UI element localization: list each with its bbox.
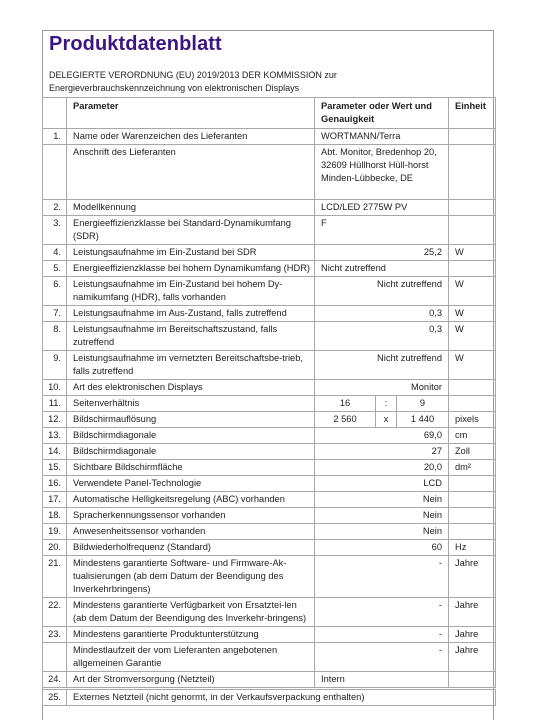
subtitle-line-1: DELEGIERTE VERORDNUNG (EU) 2019/2013 DER…	[49, 69, 489, 82]
row-unit	[449, 261, 496, 277]
row-parameter: Art des elektronischen Displays	[67, 380, 315, 396]
row-parameter: Anschrift des Lieferanten	[67, 145, 315, 200]
row-unit	[449, 524, 496, 540]
row-unit	[449, 508, 496, 524]
row-value-b: 1 440	[397, 412, 449, 428]
table-row: 4. Leistungsaufnahme im Ein-Zustand bei …	[43, 245, 496, 261]
row-value-a: 2 560	[315, 412, 376, 428]
row-unit: Jahre	[449, 556, 496, 598]
table-row: 8. Leistungsaufnahme im Bereitschaftszus…	[43, 322, 496, 351]
row-value: Nein	[315, 524, 449, 540]
row-unit	[449, 129, 496, 145]
table-row: Anschrift des Lieferanten Abt. Monitor, …	[43, 145, 496, 200]
table-row: 6. Leistungsaufnahme im Ein-Zustand bei …	[43, 277, 496, 306]
row-value: 20,0	[315, 460, 449, 476]
row-value: 0,3	[315, 306, 449, 322]
row-value: -	[315, 598, 449, 627]
row-parameter: Energieeffizienzklasse bei hohem Dynamik…	[67, 261, 315, 277]
table-row: 16. Verwendete Panel-Technologie LCD	[43, 476, 496, 492]
table-row: 14. Bildschirmdiagonale 27 Zoll	[43, 444, 496, 460]
row-value: Nicht zutreffend	[315, 351, 449, 380]
row-value: 0,3	[315, 322, 449, 351]
table-row: 15. Sichtbare Bildschirmfläche 20,0 dm²	[43, 460, 496, 476]
table-row: 5. Energieeffizienzklasse bei hohem Dyna…	[43, 261, 496, 277]
row-number: 12.	[43, 412, 67, 428]
row-unit	[449, 492, 496, 508]
row-value: LCD	[315, 476, 449, 492]
table-row: Mindestlaufzeit der vom Lieferanten ange…	[43, 643, 496, 672]
row-parameter: Bildwiederholfrequenz (Standard)	[67, 540, 315, 556]
row-number: 10.	[43, 380, 67, 396]
row-number: 6.	[43, 277, 67, 306]
row-value: -	[315, 643, 449, 672]
row-value: F	[315, 216, 449, 245]
row-unit: W	[449, 245, 496, 261]
row-value-a: 16	[315, 396, 376, 412]
table-row: 9. Leistungsaufnahme im vernetzten Berei…	[43, 351, 496, 380]
table-row: 22. Mindestens garantierte Verfügbarkeit…	[43, 598, 496, 627]
row-value: Intern	[315, 672, 449, 689]
row-value: -	[315, 627, 449, 643]
row-number: 24.	[43, 672, 67, 689]
row-parameter: Leistungsaufnahme im Bereitschaftszustan…	[67, 322, 315, 351]
row-number: 18.	[43, 508, 67, 524]
row-number: 13.	[43, 428, 67, 444]
row-number: 3.	[43, 216, 67, 245]
table-header-row: Parameter Parameter oder Wert und Genaui…	[43, 98, 496, 129]
subtitle-line-2: Energieverbrauchskennzeichnung von elekt…	[49, 82, 489, 95]
table-row: 19. Anwesenheitssensor vorhanden Nein	[43, 524, 496, 540]
row-number	[43, 643, 67, 672]
row-parameter: Anwesenheitssensor vorhanden	[67, 524, 315, 540]
row-value: Nicht zutreffend	[315, 277, 449, 306]
row-value: Nicht zutreffend	[315, 261, 449, 277]
row-unit: Jahre	[449, 598, 496, 627]
row-value: 60	[315, 540, 449, 556]
row-unit: Jahre	[449, 627, 496, 643]
row-number: 23.	[43, 627, 67, 643]
row-unit: W	[449, 322, 496, 351]
row-value: 27	[315, 444, 449, 460]
row-value: LCD/LED 2775W PV	[315, 200, 449, 216]
table-row: 21. Mindestens garantierte Software- und…	[43, 556, 496, 598]
row-number: 2.	[43, 200, 67, 216]
row-parameter: Verwendete Panel-Technologie	[67, 476, 315, 492]
row-unit	[449, 476, 496, 492]
row-value-separator: x	[376, 412, 397, 428]
row-number: 20.	[43, 540, 67, 556]
row-parameter: Mindestens garantierte Software- und Fir…	[67, 556, 315, 598]
page-title: Produktdatenblatt	[49, 33, 222, 56]
row-number: 19.	[43, 524, 67, 540]
row-number: 9.	[43, 351, 67, 380]
header-unit: Einheit	[449, 98, 496, 129]
row-unit	[449, 200, 496, 216]
table-row: 23. Mindestens garantierte Produktunters…	[43, 627, 496, 643]
table-row: 12. Bildschirmauflösung 2 560 x 1 440 pi…	[43, 412, 496, 428]
row-unit	[449, 216, 496, 245]
row-unit	[449, 380, 496, 396]
row-number: 7.	[43, 306, 67, 322]
row-parameter: Name oder Warenzeichen des Lieferanten	[67, 129, 315, 145]
row-unit	[449, 145, 496, 200]
row-value: Abt. Monitor, Bredenhop 20, 32609 Hüllho…	[315, 145, 449, 200]
row-number: 22.	[43, 598, 67, 627]
row-parameter: Mindestlaufzeit der vom Lieferanten ange…	[67, 643, 315, 672]
row-unit: W	[449, 306, 496, 322]
row-unit	[449, 672, 496, 689]
row-value: WORTMANN/Terra	[315, 129, 449, 145]
row-parameter: Modellkennung	[67, 200, 315, 216]
row-parameter: Automatische Helligkeitsregelung (ABC) v…	[67, 492, 315, 508]
table-row: 24. Art der Stromversorgung (Netzteil) I…	[43, 672, 496, 689]
row-number	[43, 145, 67, 200]
row-value: Nein	[315, 508, 449, 524]
row-value: -	[315, 556, 449, 598]
row-value: Nein	[315, 492, 449, 508]
row-value: Monitor	[315, 380, 449, 396]
row-unit: cm	[449, 428, 496, 444]
header-parameter: Parameter	[67, 98, 315, 129]
row-number: 8.	[43, 322, 67, 351]
product-data-table: Parameter Parameter oder Wert und Genaui…	[42, 97, 496, 706]
row-parameter: Leistungsaufnahme im Ein-Zustand bei hoh…	[67, 277, 315, 306]
table-row: 1. Name oder Warenzeichen des Lieferante…	[43, 129, 496, 145]
table-row: 17. Automatische Helligkeitsregelung (AB…	[43, 492, 496, 508]
row-parameter: Spracherkennungssensor vorhanden	[67, 508, 315, 524]
table-row: 7. Leistungsaufnahme im Aus-Zustand, fal…	[43, 306, 496, 322]
row-value: 69,0	[315, 428, 449, 444]
row-parameter: Sichtbare Bildschirmfläche	[67, 460, 315, 476]
table-row: 13. Bildschirmdiagonale 69,0 cm	[43, 428, 496, 444]
row-value-b: 9	[397, 396, 449, 412]
row-number: 17.	[43, 492, 67, 508]
row-parameter: Art der Stromversorgung (Netzteil)	[67, 672, 315, 689]
row-number: 11.	[43, 396, 67, 412]
row-parameter: Externes Netzteil (nicht genormt, in der…	[67, 689, 496, 706]
row-parameter: Seitenverhältnis	[67, 396, 315, 412]
row-parameter: Leistungsaufnahme im Aus-Zustand, falls …	[67, 306, 315, 322]
table-row: 11. Seitenverhältnis 16 : 9	[43, 396, 496, 412]
table-row: 20. Bildwiederholfrequenz (Standard) 60 …	[43, 540, 496, 556]
table-row: 18. Spracherkennungssensor vorhanden Nei…	[43, 508, 496, 524]
row-value-separator: :	[376, 396, 397, 412]
row-parameter: Mindestens garantierte Verfügbarkeit von…	[67, 598, 315, 627]
table-row: 10. Art des elektronischen Displays Moni…	[43, 380, 496, 396]
row-unit: dm²	[449, 460, 496, 476]
row-number: 1.	[43, 129, 67, 145]
row-unit: Zoll	[449, 444, 496, 460]
row-number: 25.	[43, 689, 67, 706]
row-unit: W	[449, 277, 496, 306]
row-unit: Hz	[449, 540, 496, 556]
table-row: 3. Energieeffizienzklasse bei Standard-D…	[43, 216, 496, 245]
regulation-subtitle: DELEGIERTE VERORDNUNG (EU) 2019/2013 DER…	[49, 69, 489, 95]
row-parameter: Bildschirmdiagonale	[67, 428, 315, 444]
row-parameter: Leistungsaufnahme im Ein-Zustand bei SDR	[67, 245, 315, 261]
row-parameter: Bildschirmdiagonale	[67, 444, 315, 460]
row-parameter: Bildschirmauflösung	[67, 412, 315, 428]
row-number: 16.	[43, 476, 67, 492]
row-unit	[449, 396, 496, 412]
header-num	[43, 98, 67, 129]
header-value: Parameter oder Wert und Genauigkeit	[315, 98, 449, 129]
row-value: 25,2	[315, 245, 449, 261]
row-number: 5.	[43, 261, 67, 277]
table-row: 25. Externes Netzteil (nicht genormt, in…	[43, 689, 496, 706]
product-data-sheet: Produktdatenblatt DELEGIERTE VERORDNUNG …	[42, 30, 494, 720]
row-number: 21.	[43, 556, 67, 598]
row-unit: W	[449, 351, 496, 380]
row-number: 15.	[43, 460, 67, 476]
row-parameter: Leistungsaufnahme im vernetzten Bereitsc…	[67, 351, 315, 380]
row-unit: pixels	[449, 412, 496, 428]
row-parameter: Energieeffizienzklasse bei Standard-Dyna…	[67, 216, 315, 245]
row-number: 14.	[43, 444, 67, 460]
row-number: 4.	[43, 245, 67, 261]
row-unit: Jahre	[449, 643, 496, 672]
row-parameter: Mindestens garantierte Produktunterstütz…	[67, 627, 315, 643]
table-row: 2. Modellkennung LCD/LED 2775W PV	[43, 200, 496, 216]
